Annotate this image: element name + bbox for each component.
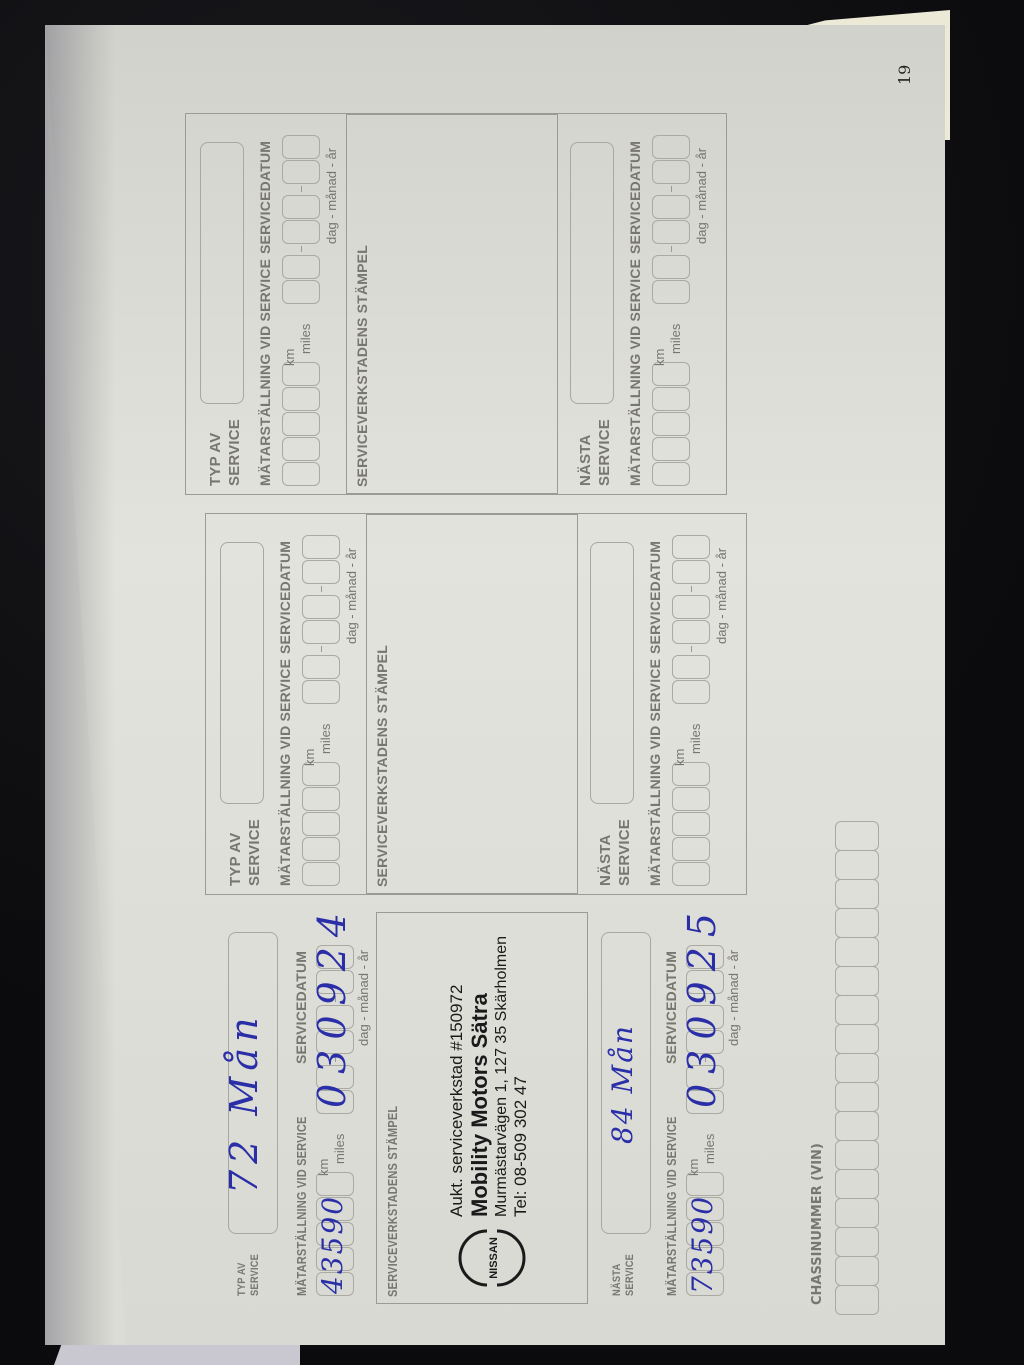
unit-km: km — [316, 1159, 331, 1176]
next-service-date-label: SERVICEDATUM — [626, 141, 645, 254]
service-date-boxes[interactable] — [282, 134, 320, 304]
next-unit-miles: miles — [702, 1134, 717, 1164]
unit-miles: miles — [318, 724, 333, 754]
workshop-stamp-label: SERVICEVERKSTADENS STÄMPEL — [383, 1106, 402, 1297]
odometer-label: MÄTARSTÄLLNING VID SERVICE — [256, 259, 275, 486]
service-date-label: SERVICEDATUM — [256, 141, 275, 254]
next-service-label: NÄSTA SERVICE — [596, 819, 634, 886]
odometer-boxes[interactable] — [302, 761, 340, 886]
type-of-service-field[interactable] — [200, 142, 244, 404]
stamp-area: SERVICEVERKSTADENS STÄMPEL — [346, 114, 558, 494]
next-service-label: NÄSTA SERVICE — [611, 1254, 637, 1296]
unit-km: km — [302, 749, 317, 766]
type-of-service-field[interactable] — [220, 542, 264, 804]
type-of-service-label: TYP AV SERVICE — [236, 1254, 262, 1296]
next-unit-km: km — [672, 749, 687, 766]
service-date-boxes[interactable] — [302, 534, 340, 704]
workshop-stamp-label: SERVICEVERKSTADENS STÄMPEL — [373, 645, 392, 887]
next-service-date-value: 030925 — [680, 903, 724, 1108]
page-number: 19 — [895, 65, 914, 85]
type-of-service-value: 72 Mån — [222, 1012, 266, 1194]
vin-label: CHASSINUMMER (VIN) — [810, 1143, 825, 1305]
next-date-format-hint: dag - månad - år — [694, 148, 709, 244]
next-unit-km: km — [652, 349, 667, 366]
stamp-address: Murmästarvägen 1, 127 35 Skärholmen — [493, 936, 511, 1217]
service-date-value: 030924 — [310, 903, 354, 1108]
next-odometer-label: MÄTARSTÄLLNING VID SERVICE — [646, 659, 665, 886]
odometer-boxes[interactable] — [282, 361, 320, 486]
stamp-authorization: Aukt. serviceverkstad #150972 — [447, 936, 467, 1217]
stamp-phone: Tel: 08-509 302 47 — [511, 936, 531, 1217]
next-unit-miles: miles — [688, 724, 703, 754]
next-service-value: 84 Mån — [606, 1024, 639, 1144]
type-of-service-label: TYP AV SERVICE — [206, 419, 244, 486]
stamp-workshop-name: Mobility Motors Sätra — [467, 936, 493, 1217]
service-date-label: SERVICEDATUM — [276, 541, 295, 654]
type-of-service-label: TYP AV SERVICE — [226, 819, 264, 886]
date-format-hint: dag - månad - år — [344, 548, 359, 644]
vin-boxes[interactable] — [835, 822, 879, 1315]
unit-miles: miles — [298, 324, 313, 354]
next-date-format-hint: dag - månad - år — [726, 950, 741, 1046]
stamp-area: SERVICEVERKSTADENS STÄMPEL — [366, 514, 578, 894]
odometer-label: MÄTARSTÄLLNING VID SERVICE — [292, 1116, 311, 1296]
unit-miles: miles — [332, 1134, 347, 1164]
next-service-field[interactable] — [590, 542, 634, 804]
workshop-stamp-label: SERVICEVERKSTADENS STÄMPEL — [353, 245, 372, 487]
next-unit-km: km — [686, 1159, 701, 1176]
service-entry-2: TYP AV SERVICE MÄTARSTÄLLNING VID SERVIC… — [205, 513, 747, 895]
service-date-label: SERVICEDATUM — [292, 951, 311, 1064]
svg-text:NISSAN: NISSAN — [488, 1237, 500, 1279]
odometer-label: MÄTARSTÄLLNING VID SERVICE — [276, 659, 295, 886]
next-service-field[interactable] — [570, 142, 614, 404]
next-service-label: NÄSTA SERVICE — [576, 419, 614, 486]
date-format-hint: dag - månad - år — [324, 148, 339, 244]
workshop-stamp: Aukt. serviceverkstad #150972 Mobility M… — [447, 936, 531, 1217]
stamp-area: SERVICEVERKSTADENS STÄMPEL NISSAN Aukt. … — [376, 912, 588, 1304]
next-odometer-boxes[interactable] — [672, 761, 710, 886]
next-service-date-boxes[interactable] — [652, 134, 690, 304]
next-service-date-label: SERVICEDATUM — [662, 951, 681, 1064]
next-odometer-boxes[interactable] — [652, 361, 690, 486]
next-unit-miles: miles — [668, 324, 683, 354]
next-service-date-label: SERVICEDATUM — [646, 541, 665, 654]
odometer-value: 43590 — [316, 1195, 349, 1294]
next-date-format-hint: dag - månad - år — [714, 548, 729, 644]
date-format-hint: dag - månad - år — [356, 950, 371, 1046]
unit-km: km — [282, 349, 297, 366]
next-odometer-value: 73590 — [686, 1195, 719, 1294]
next-odometer-label: MÄTARSTÄLLNING VID SERVICE — [662, 1116, 681, 1296]
service-entry-3: TYP AV SERVICE MÄTARSTÄLLNING VID SERVIC… — [185, 113, 727, 495]
service-booklet-page: TYP AV SERVICE 72 Mån MÄTARSTÄLLNING VID… — [45, 25, 945, 1345]
next-service-date-boxes[interactable] — [672, 534, 710, 704]
spine-shadow — [45, 25, 115, 1345]
service-entry-1: TYP AV SERVICE 72 Mån MÄTARSTÄLLNING VID… — [215, 913, 757, 1305]
next-odometer-label: MÄTARSTÄLLNING VID SERVICE — [626, 259, 645, 486]
nissan-logo-icon: NISSAN — [457, 1223, 527, 1293]
